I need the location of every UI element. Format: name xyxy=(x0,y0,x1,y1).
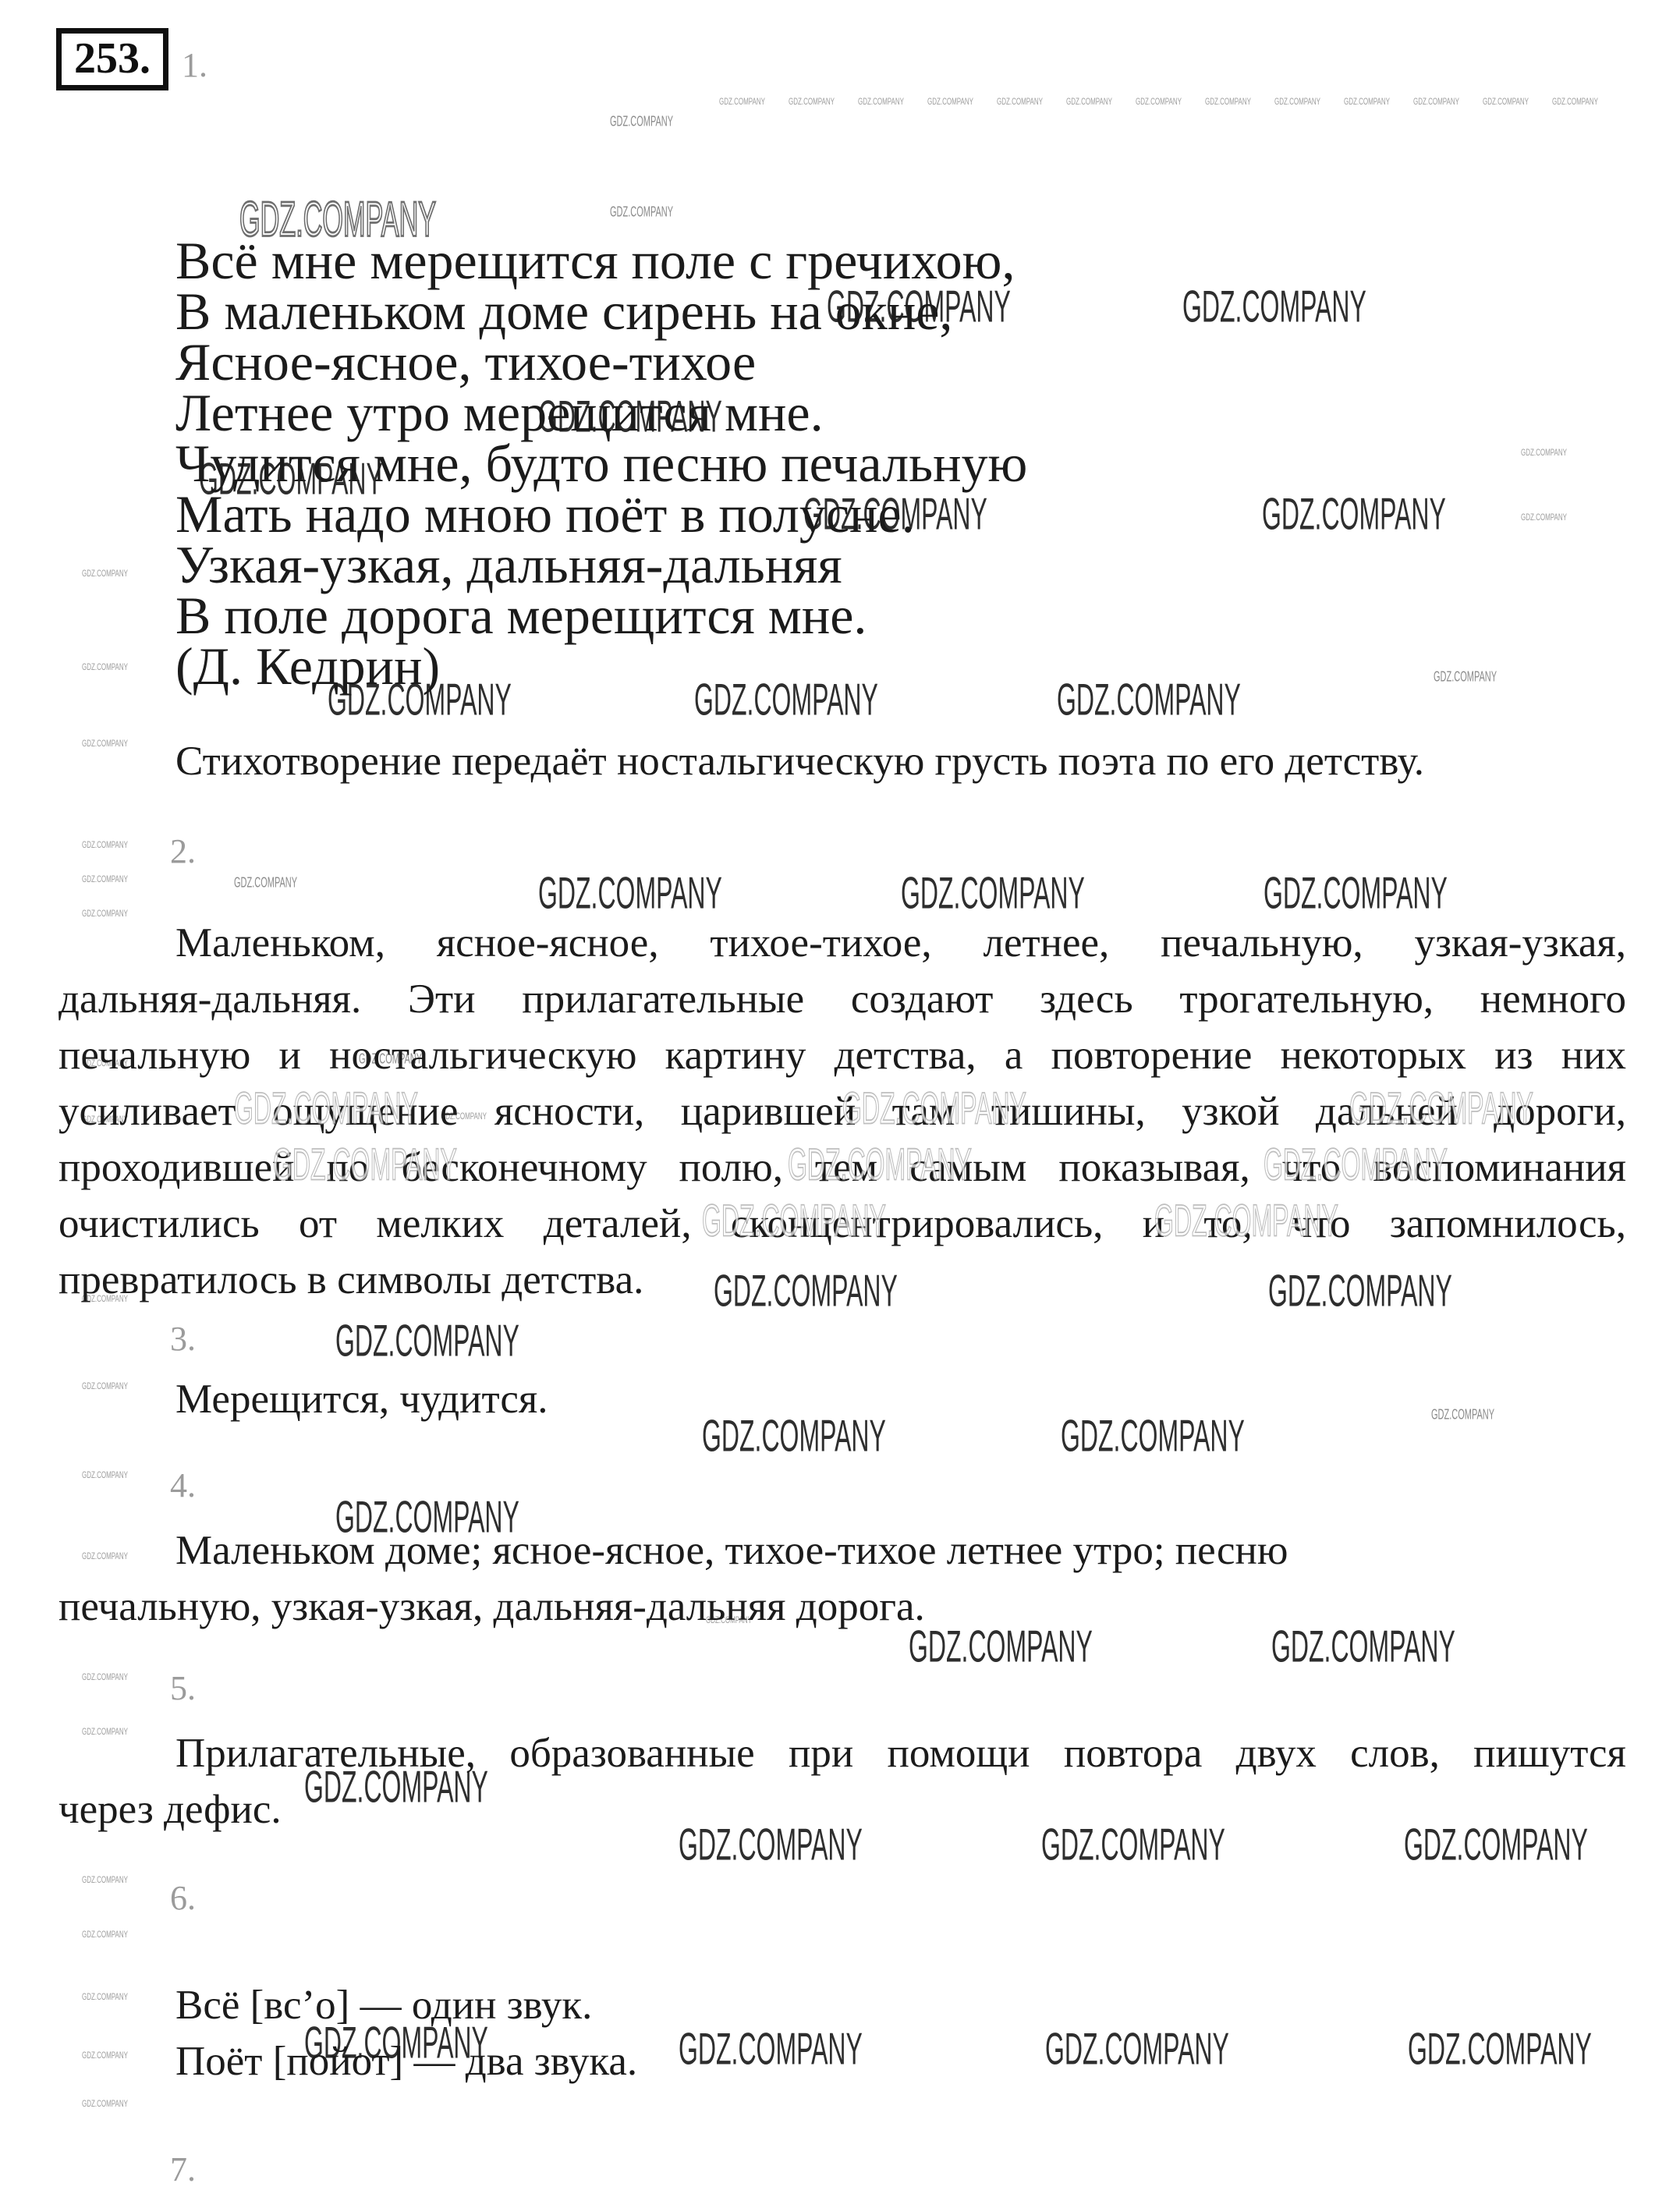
gdz-company-watermark: GDZ.COMPANY xyxy=(788,1142,972,1187)
gdz-company-watermark: GDZ.COMPANY xyxy=(1271,1624,1455,1669)
word: запомнилось, xyxy=(1390,1203,1626,1245)
section4-line-1: Маленьком доме; ясное-ясное, тихое-тихое… xyxy=(175,1530,1288,1572)
word: полю, xyxy=(679,1147,783,1189)
word: от xyxy=(299,1203,337,1245)
word: усиливает xyxy=(58,1091,236,1132)
word: слов, xyxy=(1350,1733,1440,1774)
word: и xyxy=(279,1035,301,1076)
gdz-company-watermark: GDZ.COMPANY xyxy=(234,877,297,891)
gdz-company-watermark: GDZ.COMPANY xyxy=(82,2100,128,2109)
gdz-company-watermark: GDZ.COMPANY xyxy=(610,206,673,221)
section1-answer: Стихотворение передаёт ностальгическую г… xyxy=(175,741,1424,782)
section2-line-7: превратилось в символы детства. xyxy=(58,1260,643,1301)
gdz-company-watermark: GDZ.COMPANY xyxy=(1268,1268,1452,1313)
gdz-company-watermark: GDZ.COMPANY xyxy=(927,97,973,107)
poem-line-8: В поле дорога мерещится мне. xyxy=(175,589,867,642)
gdz-company-watermark: GDZ.COMPANY xyxy=(1057,677,1241,722)
gdz-company-watermark: GDZ.COMPANY xyxy=(789,97,835,107)
section-marker-1: 1. xyxy=(182,48,207,83)
gdz-company-watermark: GDZ.COMPANY xyxy=(82,841,128,850)
gdz-company-watermark: GDZ.COMPANY xyxy=(82,2051,128,2061)
gdz-company-watermark: GDZ.COMPANY xyxy=(82,1552,128,1561)
gdz-company-watermark: GDZ.COMPANY xyxy=(842,1086,1026,1131)
section5-line-1: Прилагательные,образованныеприпомощиповт… xyxy=(175,1733,1626,1774)
gdz-company-watermark: GDZ.COMPANY xyxy=(1408,2026,1592,2072)
word: создают xyxy=(851,979,994,1020)
answer-page: 253. 1.2.3.4.5.6.7. GDZ.COMPANYGDZ.COMPA… xyxy=(0,0,1680,2208)
gdz-company-watermark: GDZ.COMPANY xyxy=(1066,97,1112,107)
word: немного xyxy=(1480,979,1626,1020)
word: Прилагательные, xyxy=(175,1733,476,1774)
poem-line-3: Ясное-ясное, тихое-тихое xyxy=(175,335,756,388)
word: ясное-ясное, xyxy=(437,923,659,964)
gdz-company-watermark: GDZ.COMPANY xyxy=(679,1822,863,1867)
word: тихое-тихое, xyxy=(710,923,931,964)
gdz-company-watermark: GDZ.COMPANY xyxy=(82,1382,128,1391)
section-marker-2: 2. xyxy=(170,835,196,869)
word: помощи xyxy=(887,1733,1030,1774)
gdz-company-watermark: GDZ.COMPANY xyxy=(82,1471,128,1480)
gdz-company-watermark: GDZ.COMPANY xyxy=(1274,97,1320,107)
gdz-company-watermark: GDZ.COMPANY xyxy=(909,1624,1093,1669)
gdz-company-watermark: GDZ.COMPANY xyxy=(610,115,673,130)
gdz-company-watermark: GDZ.COMPANY xyxy=(1041,1822,1225,1867)
section6-line-2: Поёт [пойот] — два звука. xyxy=(175,2041,637,2082)
section2-line-2: дальняя-дальняя.Этиприлагательныесоздают… xyxy=(58,979,1626,1020)
word: из xyxy=(1494,1035,1533,1076)
section5-line-2: через дефис. xyxy=(58,1789,282,1831)
gdz-company-watermark: GDZ.COMPANY xyxy=(997,97,1043,107)
poem-line-4: Летнее утро мерещится мне. xyxy=(175,386,824,439)
section-marker-4: 4. xyxy=(170,1469,196,1503)
word: детства, xyxy=(835,1035,976,1076)
gdz-company-watermark: GDZ.COMPANY xyxy=(1521,513,1567,523)
gdz-company-watermark: GDZ.COMPANY xyxy=(702,1413,886,1458)
gdz-company-watermark: GDZ.COMPANY xyxy=(82,569,128,579)
word: показывая, xyxy=(1058,1147,1249,1189)
poem-author: (Д. Кедрин) xyxy=(175,640,440,693)
poem-line-5: Чудится мне, будто песню печальную xyxy=(175,437,1027,490)
poem-line-7: Узкая-узкая, дальняя-дальняя xyxy=(175,538,842,591)
word: ностальгическую xyxy=(329,1035,636,1076)
gdz-company-watermark: GDZ.COMPANY xyxy=(234,1086,418,1131)
section-marker-7: 7. xyxy=(170,2153,196,2187)
word: повторение xyxy=(1051,1035,1253,1076)
word: проходившей xyxy=(58,1147,295,1189)
gdz-company-watermark: GDZ.COMPANY xyxy=(1205,97,1251,107)
word: царившей xyxy=(681,1091,856,1132)
gdz-company-watermark: GDZ.COMPANY xyxy=(858,97,904,107)
section-marker-5: 5. xyxy=(170,1671,196,1706)
word: образованные xyxy=(509,1733,754,1774)
word: печальную xyxy=(58,1035,250,1076)
gdz-company-watermark: GDZ.COMPANY xyxy=(1045,2026,1229,2072)
section-marker-3: 3. xyxy=(170,1322,196,1356)
gdz-company-watermark: GDZ.COMPANY xyxy=(1413,97,1459,107)
word: картину xyxy=(665,1035,806,1076)
gdz-company-watermark: GDZ.COMPANY xyxy=(82,875,128,884)
gdz-company-watermark: GDZ.COMPANY xyxy=(1264,870,1448,916)
gdz-company-watermark: GDZ.COMPANY xyxy=(82,739,128,749)
section3-answer: Мерещится, чудится. xyxy=(175,1379,548,1420)
gdz-company-watermark: GDZ.COMPANY xyxy=(679,2026,863,2072)
word: дальняя-дальняя. xyxy=(58,979,361,1020)
gdz-company-watermark: GDZ.COMPANY xyxy=(1154,1198,1338,1243)
word: деталей, xyxy=(544,1203,692,1245)
gdz-company-watermark: GDZ.COMPANY xyxy=(82,1728,128,1737)
section2-line-1: Маленьком,ясное-ясное,тихое-тихое,летнее… xyxy=(175,923,1626,964)
word: очистились xyxy=(58,1203,260,1245)
word: узкая-узкая, xyxy=(1415,923,1626,964)
gdz-company-watermark: GDZ.COMPANY xyxy=(82,1993,128,2002)
gdz-company-watermark: GDZ.COMPANY xyxy=(1552,97,1598,107)
word: ясности, xyxy=(494,1091,644,1132)
gdz-company-watermark: GDZ.COMPANY xyxy=(82,1930,128,1940)
gdz-company-watermark: GDZ.COMPANY xyxy=(538,870,722,916)
gdz-company-watermark: GDZ.COMPANY xyxy=(273,1142,457,1187)
gdz-company-watermark: GDZ.COMPANY xyxy=(1136,97,1182,107)
gdz-company-watermark: GDZ.COMPANY xyxy=(82,1673,128,1682)
gdz-company-watermark: GDZ.COMPANY xyxy=(1061,1413,1245,1458)
gdz-company-watermark: GDZ.COMPANY xyxy=(719,97,765,107)
word: здесь xyxy=(1040,979,1132,1020)
poem-line-6: Мать надо мною поёт в полусне. xyxy=(175,487,915,540)
word: летнее, xyxy=(984,923,1110,964)
section-marker-6: 6. xyxy=(170,1881,196,1916)
gdz-company-watermark: GDZ.COMPANY xyxy=(1262,491,1446,537)
section6-line-1: Всё [вс’о] — один звук. xyxy=(175,1985,592,2026)
gdz-company-watermark: GDZ.COMPANY xyxy=(335,1318,519,1363)
word: двух xyxy=(1236,1733,1317,1774)
gdz-company-watermark: GDZ.COMPANY xyxy=(82,909,128,919)
gdz-company-watermark: GDZ.COMPANY xyxy=(714,1268,898,1313)
word: пишутся xyxy=(1473,1733,1626,1774)
word: мелких xyxy=(376,1203,504,1245)
poem-line-2: В маленьком доме сирень на окне, xyxy=(175,285,952,338)
gdz-company-watermark: GDZ.COMPANY xyxy=(82,1876,128,1885)
gdz-company-watermark: GDZ.COMPANY xyxy=(694,677,878,722)
gdz-company-watermark: GDZ.COMPANY xyxy=(901,870,1085,916)
word: печальную, xyxy=(1161,923,1363,964)
section2-line-3: печальнуюиностальгическуюкартинудетства,… xyxy=(58,1035,1626,1076)
word: Эти xyxy=(408,979,476,1020)
word: трогательную, xyxy=(1179,979,1434,1020)
word: них xyxy=(1561,1035,1626,1076)
gdz-company-watermark: GDZ.COMPANY xyxy=(1434,671,1497,686)
exercise-number-box: 253. xyxy=(56,28,168,90)
gdz-company-watermark: GDZ.COMPANY xyxy=(82,663,128,672)
word: прилагательные xyxy=(522,979,804,1020)
section4-line-2: печальную, узкая-узкая, дальняя-дальняя … xyxy=(58,1586,925,1628)
gdz-company-watermark: GDZ.COMPANY xyxy=(1264,1142,1448,1187)
gdz-company-watermark: GDZ.COMPANY xyxy=(1349,1086,1533,1131)
poem-line-1: Всё мне мерещится поле с гречихою, xyxy=(175,234,1015,287)
word: некоторых xyxy=(1281,1035,1466,1076)
gdz-company-watermark: GDZ.COMPANY xyxy=(1521,448,1567,458)
word: узкой xyxy=(1182,1091,1279,1132)
gdz-company-watermark: GDZ.COMPANY xyxy=(702,1198,886,1243)
exercise-number: 253. xyxy=(74,34,151,83)
gdz-company-watermark: GDZ.COMPANY xyxy=(1182,284,1366,329)
gdz-company-watermark: GDZ.COMPANY xyxy=(1483,97,1529,107)
word: Маленьком, xyxy=(175,923,385,964)
word: а xyxy=(1005,1035,1023,1076)
gdz-company-watermark: GDZ.COMPANY xyxy=(1431,1409,1494,1423)
gdz-company-watermark: GDZ.COMPANY xyxy=(1344,97,1390,107)
gdz-company-watermark: GDZ.COMPANY xyxy=(1404,1822,1588,1867)
word: при xyxy=(789,1733,853,1774)
word: повтора xyxy=(1064,1733,1203,1774)
